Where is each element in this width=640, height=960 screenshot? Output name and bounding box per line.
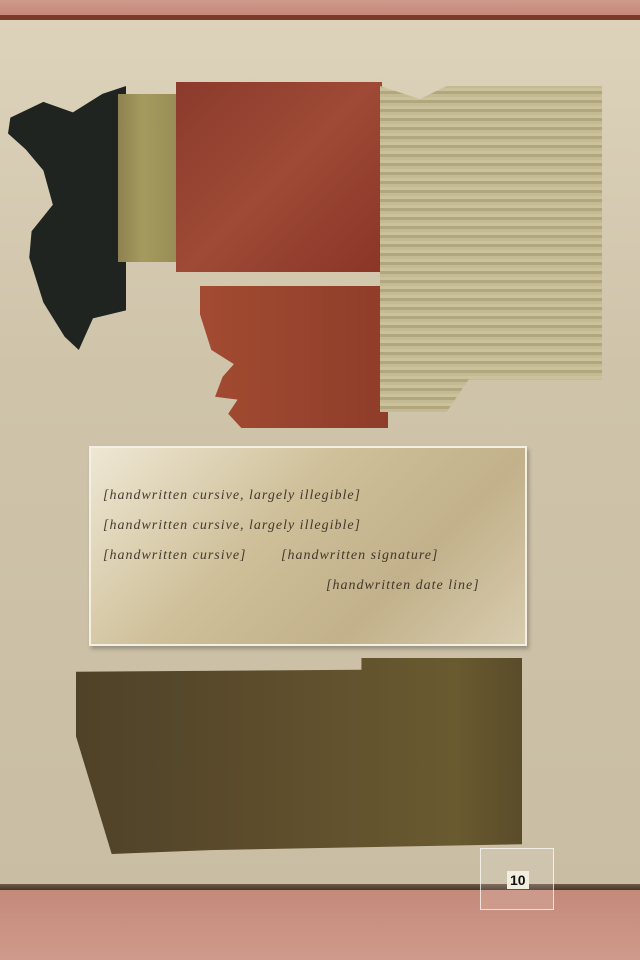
note-line: [handwritten cursive, largely illegible] <box>103 518 361 534</box>
note-signature: [handwritten signature] <box>281 548 438 564</box>
red-textile-fragment-upper <box>176 82 382 272</box>
note-date: [handwritten date line] <box>326 578 480 594</box>
exhibit-number-stand: 10 <box>480 848 554 910</box>
exhibit-number: 10 <box>507 871 529 889</box>
brown-textile-fragment <box>76 658 522 854</box>
gold-textile-fragment <box>380 86 602 412</box>
note-line: [handwritten cursive, largely illegible] <box>103 488 361 504</box>
olive-textile-fragment <box>118 94 180 262</box>
note-line: [handwritten cursive] <box>103 548 247 564</box>
handwritten-note: [handwritten cursive, largely illegible]… <box>89 446 527 646</box>
